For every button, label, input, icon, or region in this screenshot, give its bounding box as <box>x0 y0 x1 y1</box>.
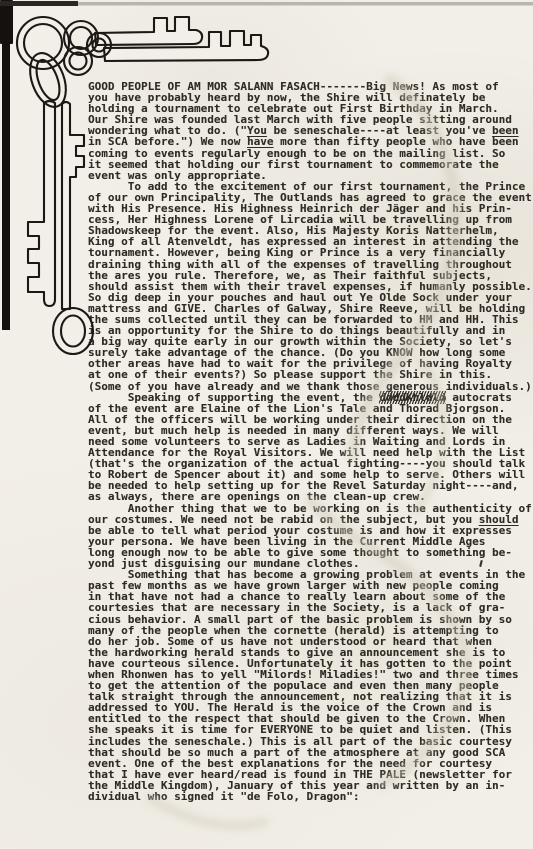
vertical-key-bottom-bow <box>53 308 93 354</box>
scan-corner-mark <box>0 0 13 44</box>
scanned-newsletter-page: { "page": { "kind": "scanned typewritten… <box>0 0 533 849</box>
plain-text: dividual who signed it "de Folo, Dragon"… <box>88 790 360 803</box>
horizontal-key-lower-drawing <box>104 31 268 61</box>
vertical-key-bottom-bow-inner <box>61 316 85 347</box>
scan-top-left-line <box>0 1 78 6</box>
key-ring-drawing <box>17 17 111 75</box>
scan-left-bar <box>2 38 10 330</box>
scan-top-line <box>0 2 533 6</box>
vertical-key-right-drawing <box>62 102 84 309</box>
horizontal-key-upper-drawing <box>95 17 202 45</box>
vertical-key-left-drawing <box>28 101 55 306</box>
vertical-key-top-bow <box>23 48 72 112</box>
body-text: GOOD PEOPLE OF AM MOR SALANN FASACH-----… <box>88 81 533 802</box>
struck-out-text: ddddKhldld <box>379 391 445 404</box>
text-line: dividual who signed it "de Folo, Dragon"… <box>88 791 533 802</box>
